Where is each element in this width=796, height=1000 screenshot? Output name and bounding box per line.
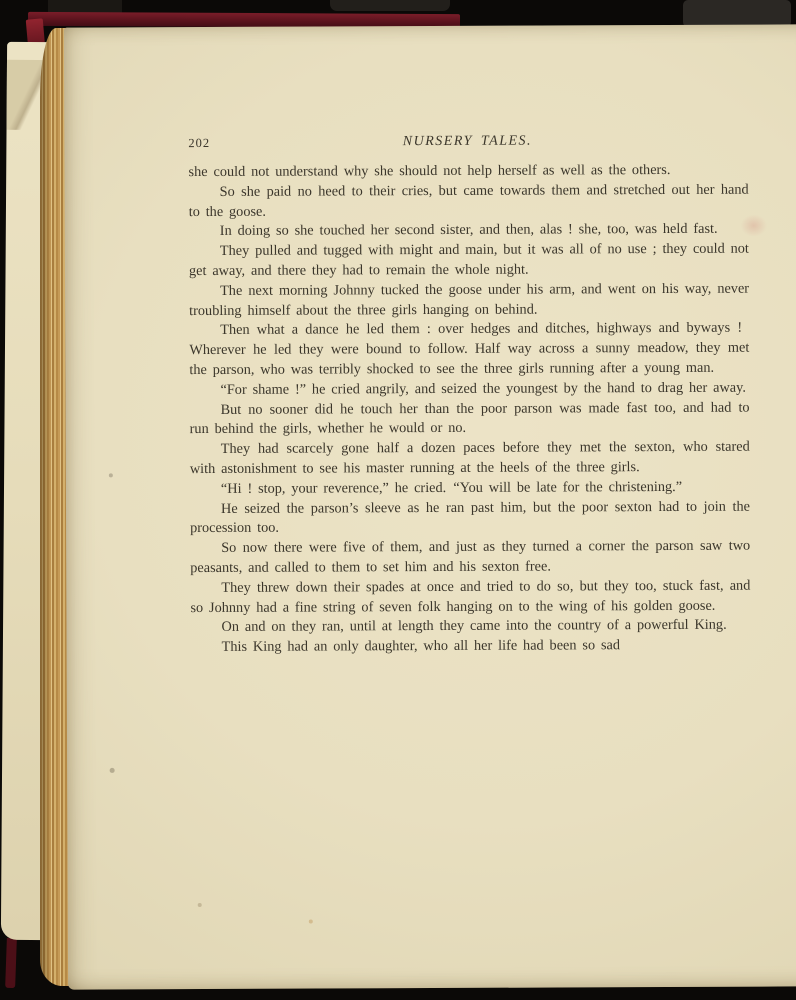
paragraph: So she paid no heed to their cries, but … bbox=[189, 180, 749, 222]
paragraph: They pulled and tugged with might and ma… bbox=[189, 240, 749, 282]
book-page: 202 NURSERY TALES. she could not underst… bbox=[64, 24, 796, 989]
paragraph: They had scarcely gone half a dozen pace… bbox=[190, 438, 750, 480]
paragraph: They threw down their spades at once and… bbox=[190, 576, 750, 618]
paragraph: On and on they ran, until at length they… bbox=[190, 616, 750, 638]
paragraph: In doing so she touched her second siste… bbox=[189, 220, 749, 242]
scanner-shadow bbox=[330, 0, 450, 11]
book-cover-edge-bottom bbox=[5, 938, 17, 988]
foxing-speckles bbox=[64, 28, 66, 30]
paragraph: she could not understand why she should … bbox=[188, 161, 748, 183]
paragraph: This King had an only daughter, who all … bbox=[191, 636, 751, 658]
paragraph: Then what a dance he led them : over hed… bbox=[189, 319, 749, 381]
paragraph: “For shame !” he cried angrily, and seiz… bbox=[189, 378, 749, 400]
paragraph: But no sooner did he touch her than the … bbox=[190, 398, 750, 440]
page-header: 202 NURSERY TALES. bbox=[188, 133, 746, 153]
paragraph: “Hi ! stop, your reverence,” he cried. “… bbox=[190, 477, 750, 499]
paragraph: So now there were five of them, and just… bbox=[190, 537, 750, 579]
scanner-shadow bbox=[683, 0, 791, 27]
scanned-book-photo: 202 NURSERY TALES. she could not underst… bbox=[0, 0, 796, 1000]
paragraph: The next morning Johnny tucked the goose… bbox=[189, 279, 749, 321]
running-title: NURSERY TALES. bbox=[188, 133, 746, 151]
paragraph: He seized the parson’s sleeve as he ran … bbox=[190, 497, 750, 539]
text-block: she could not understand why she should … bbox=[188, 161, 750, 658]
